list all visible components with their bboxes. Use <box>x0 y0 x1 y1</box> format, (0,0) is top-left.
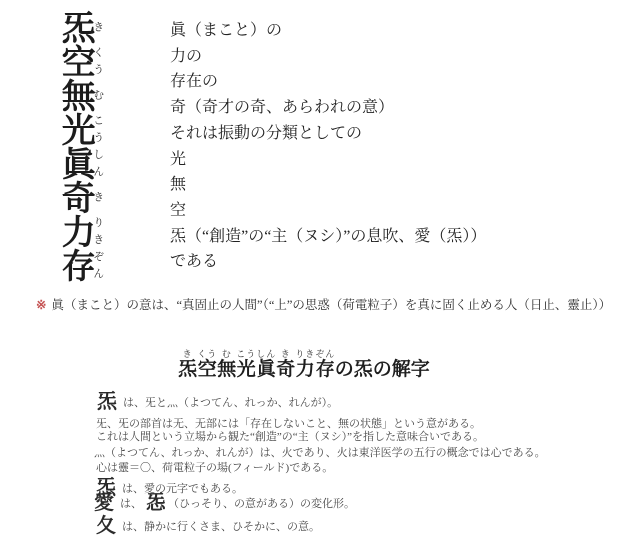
heading-char: 奇き <box>276 359 295 380</box>
body-text: 灬（よつてん、れっか、れんが）は、火であり、火は東洋医学の五行の概念では心である… <box>94 444 546 460</box>
heading-suffix: の炁の解字 <box>335 359 430 380</box>
title-char: 奇き <box>56 180 93 214</box>
body-text: は、 <box>120 495 142 511</box>
furigana: こう <box>236 349 256 359</box>
body-text: は、旡と灬（よつてん、れっか、れんが）。 <box>123 394 338 410</box>
furigana: りき <box>92 214 104 248</box>
body-line: これは人間という立場から観た“創造”の“主（ヌシ）”を指した意味合いである。 <box>96 428 484 444</box>
meaning-line: 炁（“創造”の“主（ヌシ）”の息吹、愛（炁）） <box>170 224 486 250</box>
furigana: くう <box>197 349 217 359</box>
meaning-line: 空 <box>170 198 486 224</box>
heading-char: 存ぞん <box>315 359 335 380</box>
heading-char: 炁き <box>178 359 197 380</box>
body-line: 灬（よつてん、れっか、れんが）は、火であり、火は東洋医学の五行の概念では心である… <box>94 444 546 460</box>
meaning-line: 光 <box>170 147 486 173</box>
heading-char: 光こう <box>236 359 256 380</box>
heading-char: 力りき <box>295 359 315 380</box>
vertical-title: 炁き空くう無む光こう眞しん奇き力りき存ぞん <box>50 10 104 320</box>
reference-mark-icon: ※ <box>36 298 46 312</box>
meaning-list: 眞（まこと）の 力の 存在の 奇（奇才の奇、あらわれの意） それは振動の分類とし… <box>170 18 486 275</box>
meaning-line: 奇（奇才の奇、あらわれの意） <box>170 95 486 121</box>
body-line: 心は靈＝〇、荷電粒子の場(フィールド)である。 <box>96 459 333 475</box>
body-text: 心は靈＝〇、荷電粒子の場(フィールド)である。 <box>96 459 333 475</box>
title-char: 空くう <box>56 44 93 78</box>
body-line: 愛 は、 㤅 （ひっそり、の意がある）の変化形。 <box>94 493 355 513</box>
body-text: は、静かに行くさま、ひそかに、の意。 <box>122 518 320 534</box>
title-char: 光こう <box>56 112 93 146</box>
section-heading: 炁き空くう無む光こう眞しん奇き力りき存ぞんの炁の解字 <box>0 349 608 381</box>
meaning-line: である <box>170 249 486 275</box>
furigana: む <box>92 78 104 112</box>
furigana: む <box>217 349 236 359</box>
body-line: 炁 は、旡と灬（よつてん、れっか、れんが）。 <box>97 392 338 412</box>
heading-char: 空くう <box>197 359 217 380</box>
note-text: 眞（まこと）の意は、“真固止の人間”（“上”の思惑（荷電粒子）を真に固く止める人… <box>51 298 611 312</box>
furigana: き <box>92 180 104 214</box>
furigana: しん <box>256 349 276 359</box>
title-char: 力りき <box>56 214 93 248</box>
body-text: （ひっそり、の意がある）の変化形。 <box>168 495 355 511</box>
meaning-line: 眞（まこと）の <box>170 18 486 44</box>
furigana: ぞん <box>92 248 104 282</box>
furigana: しん <box>92 146 104 180</box>
calligraphic-char: 愛 <box>94 493 114 513</box>
title-char: 存ぞん <box>56 248 93 282</box>
meaning-line: 存在の <box>170 69 486 95</box>
calligraphic-char: 夂 <box>96 516 116 536</box>
title-char: 無む <box>56 78 93 112</box>
note-line: ※眞（まこと）の意は、“真固止の人間”（“上”の思惑（荷電粒子）を真に固く止める… <box>36 295 611 313</box>
body-line: 夂 は、静かに行くさま、ひそかに、の意。 <box>96 516 320 536</box>
heading-char: 眞しん <box>256 359 276 380</box>
furigana: くう <box>92 44 104 78</box>
furigana: き <box>178 349 197 359</box>
furigana: き <box>276 349 295 359</box>
title-char: 眞しん <box>56 146 93 180</box>
calligraphic-char: 㤅 <box>146 493 166 513</box>
meaning-line: 無 <box>170 172 486 198</box>
document-page: 炁き空くう無む光こう眞しん奇き力りき存ぞん 眞（まこと）の 力の 存在の 奇（奇… <box>0 0 640 546</box>
meaning-line: それは振動の分類としての <box>170 121 486 147</box>
calligraphic-char: 炁 <box>97 392 117 412</box>
meaning-line: 力の <box>170 44 486 70</box>
furigana: こう <box>92 112 104 146</box>
heading-char: 無む <box>217 359 236 380</box>
furigana: ぞん <box>315 349 335 359</box>
body-text: これは人間という立場から観た“創造”の“主（ヌシ）”を指した意味合いである。 <box>96 428 484 444</box>
title-char: 炁き <box>56 10 93 44</box>
furigana: りき <box>295 349 315 359</box>
furigana: き <box>92 10 104 44</box>
